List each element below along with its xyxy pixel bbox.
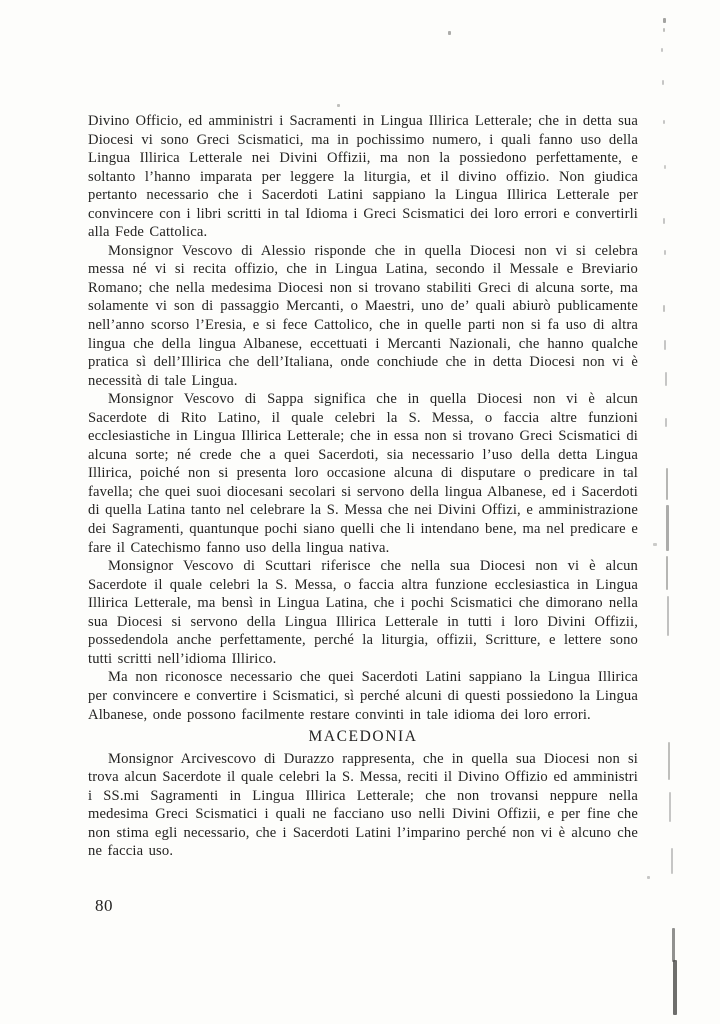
scan-streak	[669, 792, 671, 822]
paragraph-vescovo-scuttari: Monsignor Vescovo di Scuttari riferisce …	[88, 557, 638, 668]
scan-speck	[662, 80, 664, 85]
scan-speck	[664, 250, 666, 255]
paragraph-vescovo-sappa: Monsignor Vescovo di Sappa significa che…	[88, 390, 638, 557]
scan-streak	[667, 596, 669, 636]
scan-speck	[664, 340, 666, 350]
scan-streak	[666, 556, 668, 590]
scan-speck	[663, 305, 665, 312]
scan-speck	[337, 104, 340, 107]
paragraph-conclusion: Ma non riconosce necessario che quei Sac…	[88, 668, 638, 724]
section-heading: MACEDONIA	[88, 728, 638, 747]
scan-speck	[663, 120, 665, 124]
text-block: Divino Officio, ed amministri i Sacramen…	[88, 112, 638, 861]
paragraph-arcivescovo-durazzo: Monsignor Arcivescovo di Durazzo rappres…	[88, 750, 638, 861]
scan-speck	[663, 18, 666, 23]
scanned-book-page: Divino Officio, ed amministri i Sacramen…	[0, 0, 720, 1024]
scan-streak	[668, 742, 670, 780]
scan-speck	[647, 876, 650, 879]
paragraph-continuation: Divino Officio, ed amministri i Sacramen…	[88, 112, 638, 242]
scan-speck	[661, 48, 663, 52]
page-number: 80	[95, 896, 113, 916]
scan-streak	[666, 505, 669, 551]
paragraph-vescovo-alessio: Monsignor Vescovo di Alessio risponde ch…	[88, 242, 638, 390]
scan-speck	[448, 31, 451, 35]
scan-speck	[665, 418, 667, 427]
scan-speck	[653, 543, 657, 546]
scan-speck	[664, 165, 666, 169]
scan-streak	[666, 468, 668, 500]
scan-speck	[663, 28, 665, 32]
scan-speck	[663, 218, 665, 224]
scan-streak-dark	[673, 960, 677, 1015]
scan-streak	[671, 848, 673, 874]
scan-speck	[665, 372, 667, 386]
scan-streak-dark	[672, 928, 675, 962]
